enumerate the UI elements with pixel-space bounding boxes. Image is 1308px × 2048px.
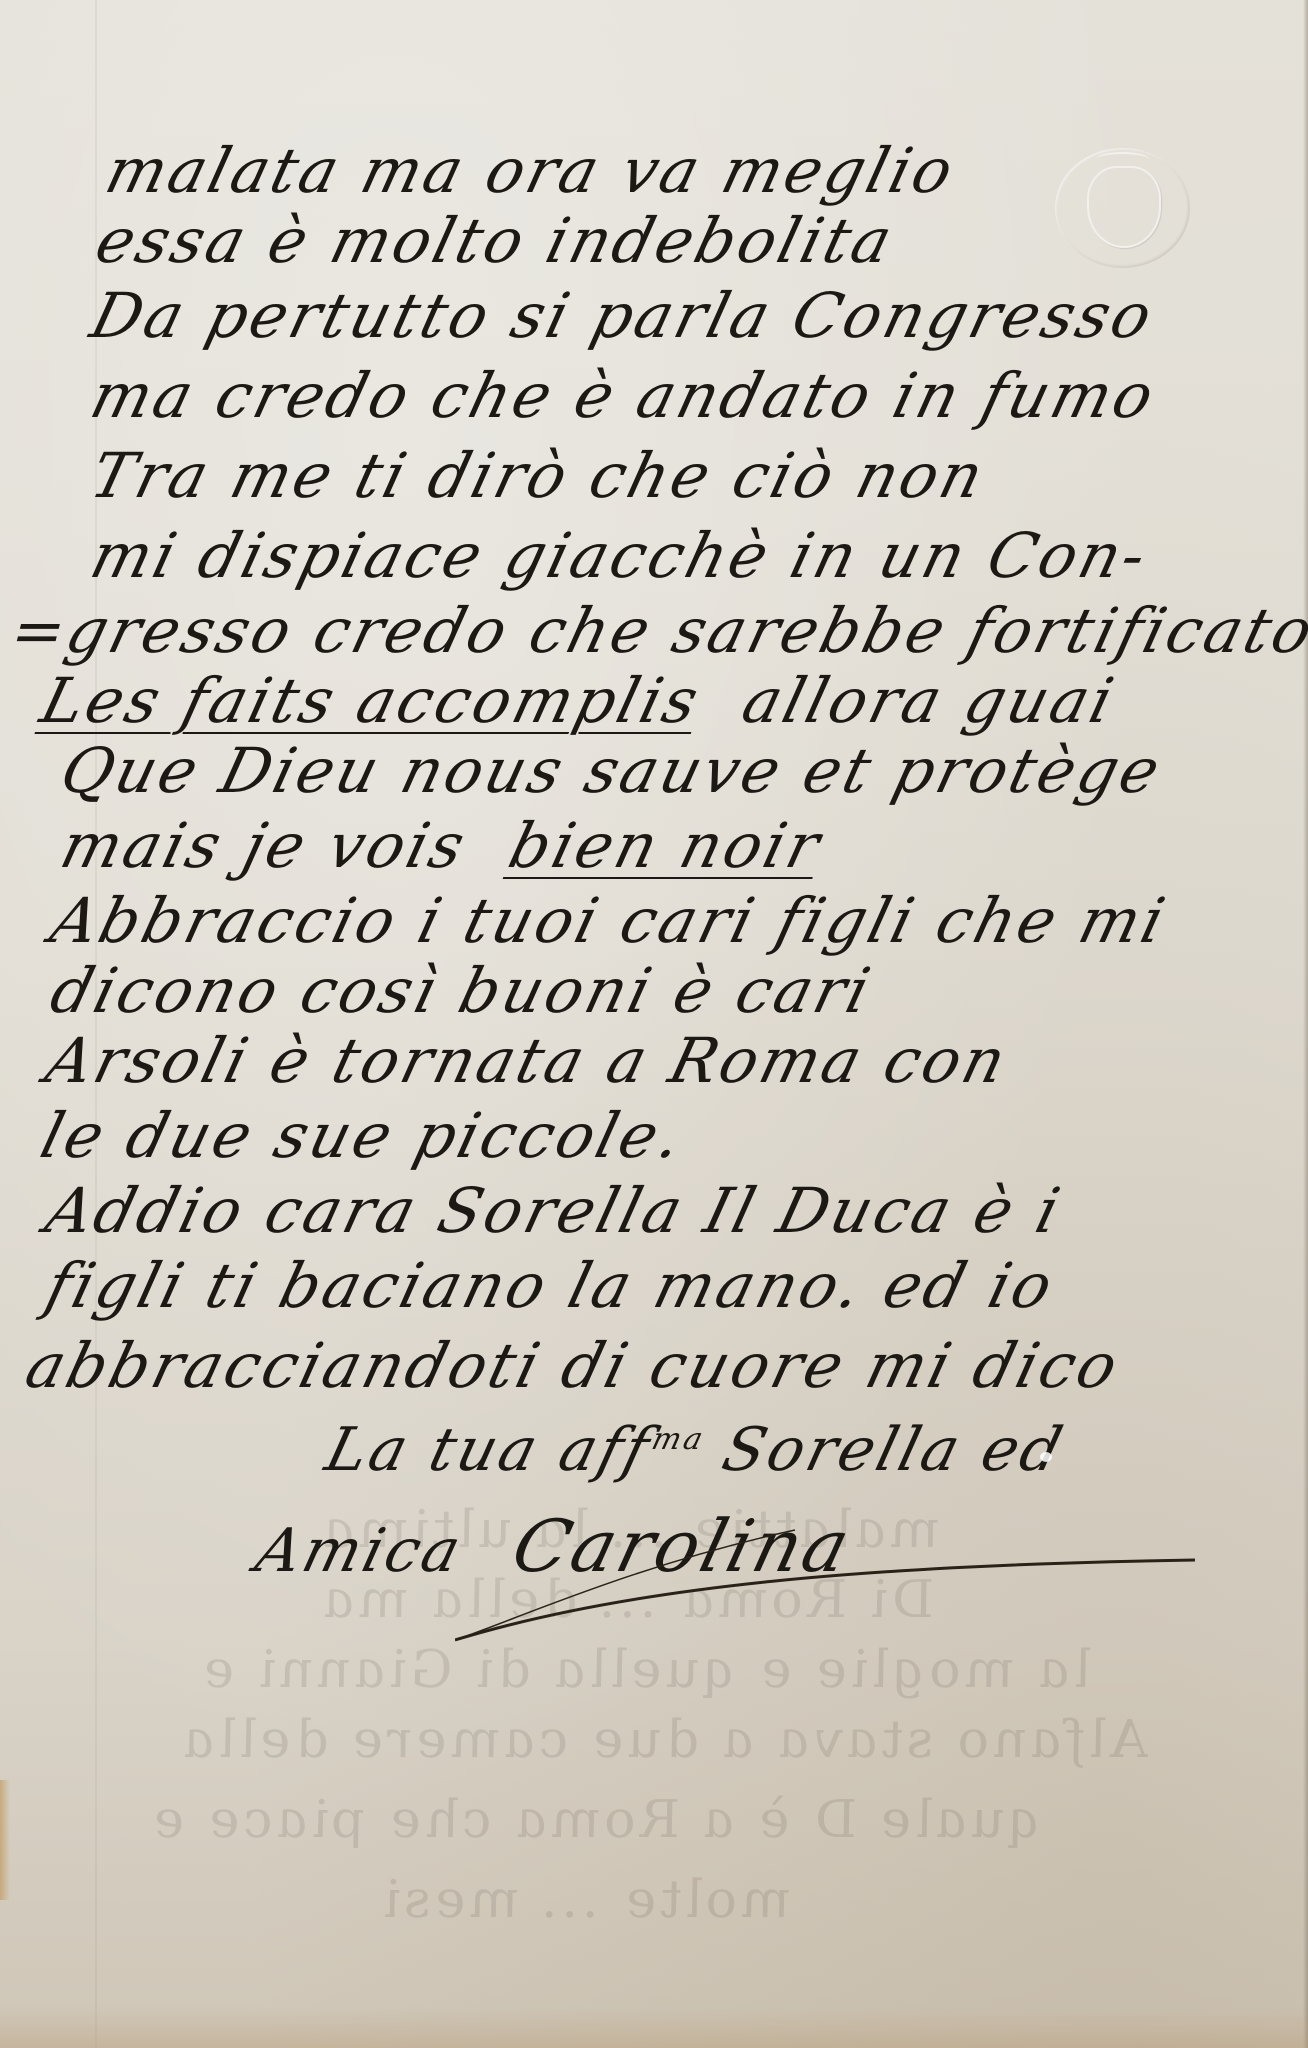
letter-line-3: Da pertutto si parla Congresso: [85, 285, 1160, 347]
closing-post: Sorella ed: [694, 1415, 1072, 1485]
letter-line-8: Les faits accomplis allora guai: [35, 670, 1122, 732]
closing-line-1: La tua affma Sorella ed: [320, 1420, 1070, 1480]
letter-body: malata ma ora va meglio essa è molto ind…: [0, 0, 1308, 2048]
letter-line-11: Abbraccio i tuoi cari figli che mi: [45, 890, 1173, 952]
line-10-head: mais je vois: [54, 809, 498, 882]
letter-page: malattie ... la ultima Di Roma ... della…: [0, 0, 1308, 2048]
underlined-phrase: bien noir: [502, 809, 830, 882]
letter-line-15: Addio cara Sorella Il Duca è i: [40, 1180, 1068, 1242]
letter-line-5: Tra me ti dirò che ciò non: [85, 445, 992, 507]
signature-flourish-icon: [455, 1525, 1195, 1645]
underlined-phrase: Les faits accomplis: [34, 664, 708, 737]
letter-line-9: Que Dieu nous sauve et protège: [55, 740, 1168, 802]
letter-line-14: le due sue piccole.: [35, 1105, 690, 1167]
letter-line-2: essa è molto indebolita: [90, 210, 900, 272]
closing-amica: Amica: [249, 1516, 470, 1586]
closing-pre: La tua aff: [319, 1415, 659, 1485]
letter-line-1: malata ma ora va meglio: [100, 140, 962, 202]
letter-line-13: Arsoli è tornata a Roma con: [40, 1030, 1014, 1092]
letter-line-17: abbracciandoti di cuore mi dico: [20, 1335, 1126, 1397]
letter-line-7: =gresso credo che sarebbe fortificato: [5, 600, 1308, 662]
line-8-tail: allora guai: [713, 664, 1124, 737]
letter-line-12: dicono così buoni è cari: [45, 960, 878, 1022]
closing-superscript: ma: [648, 1422, 709, 1457]
letter-line-10: mais je vois bien noir: [55, 815, 828, 877]
letter-line-6: mi dispiace giacchè in un Con-: [85, 525, 1155, 587]
paper-blemish: [1040, 1452, 1052, 1462]
letter-line-4: ma credo che è andato in fumo: [85, 365, 1162, 427]
letter-line-16: figli ti baciano la mano. ed io: [40, 1255, 1061, 1317]
